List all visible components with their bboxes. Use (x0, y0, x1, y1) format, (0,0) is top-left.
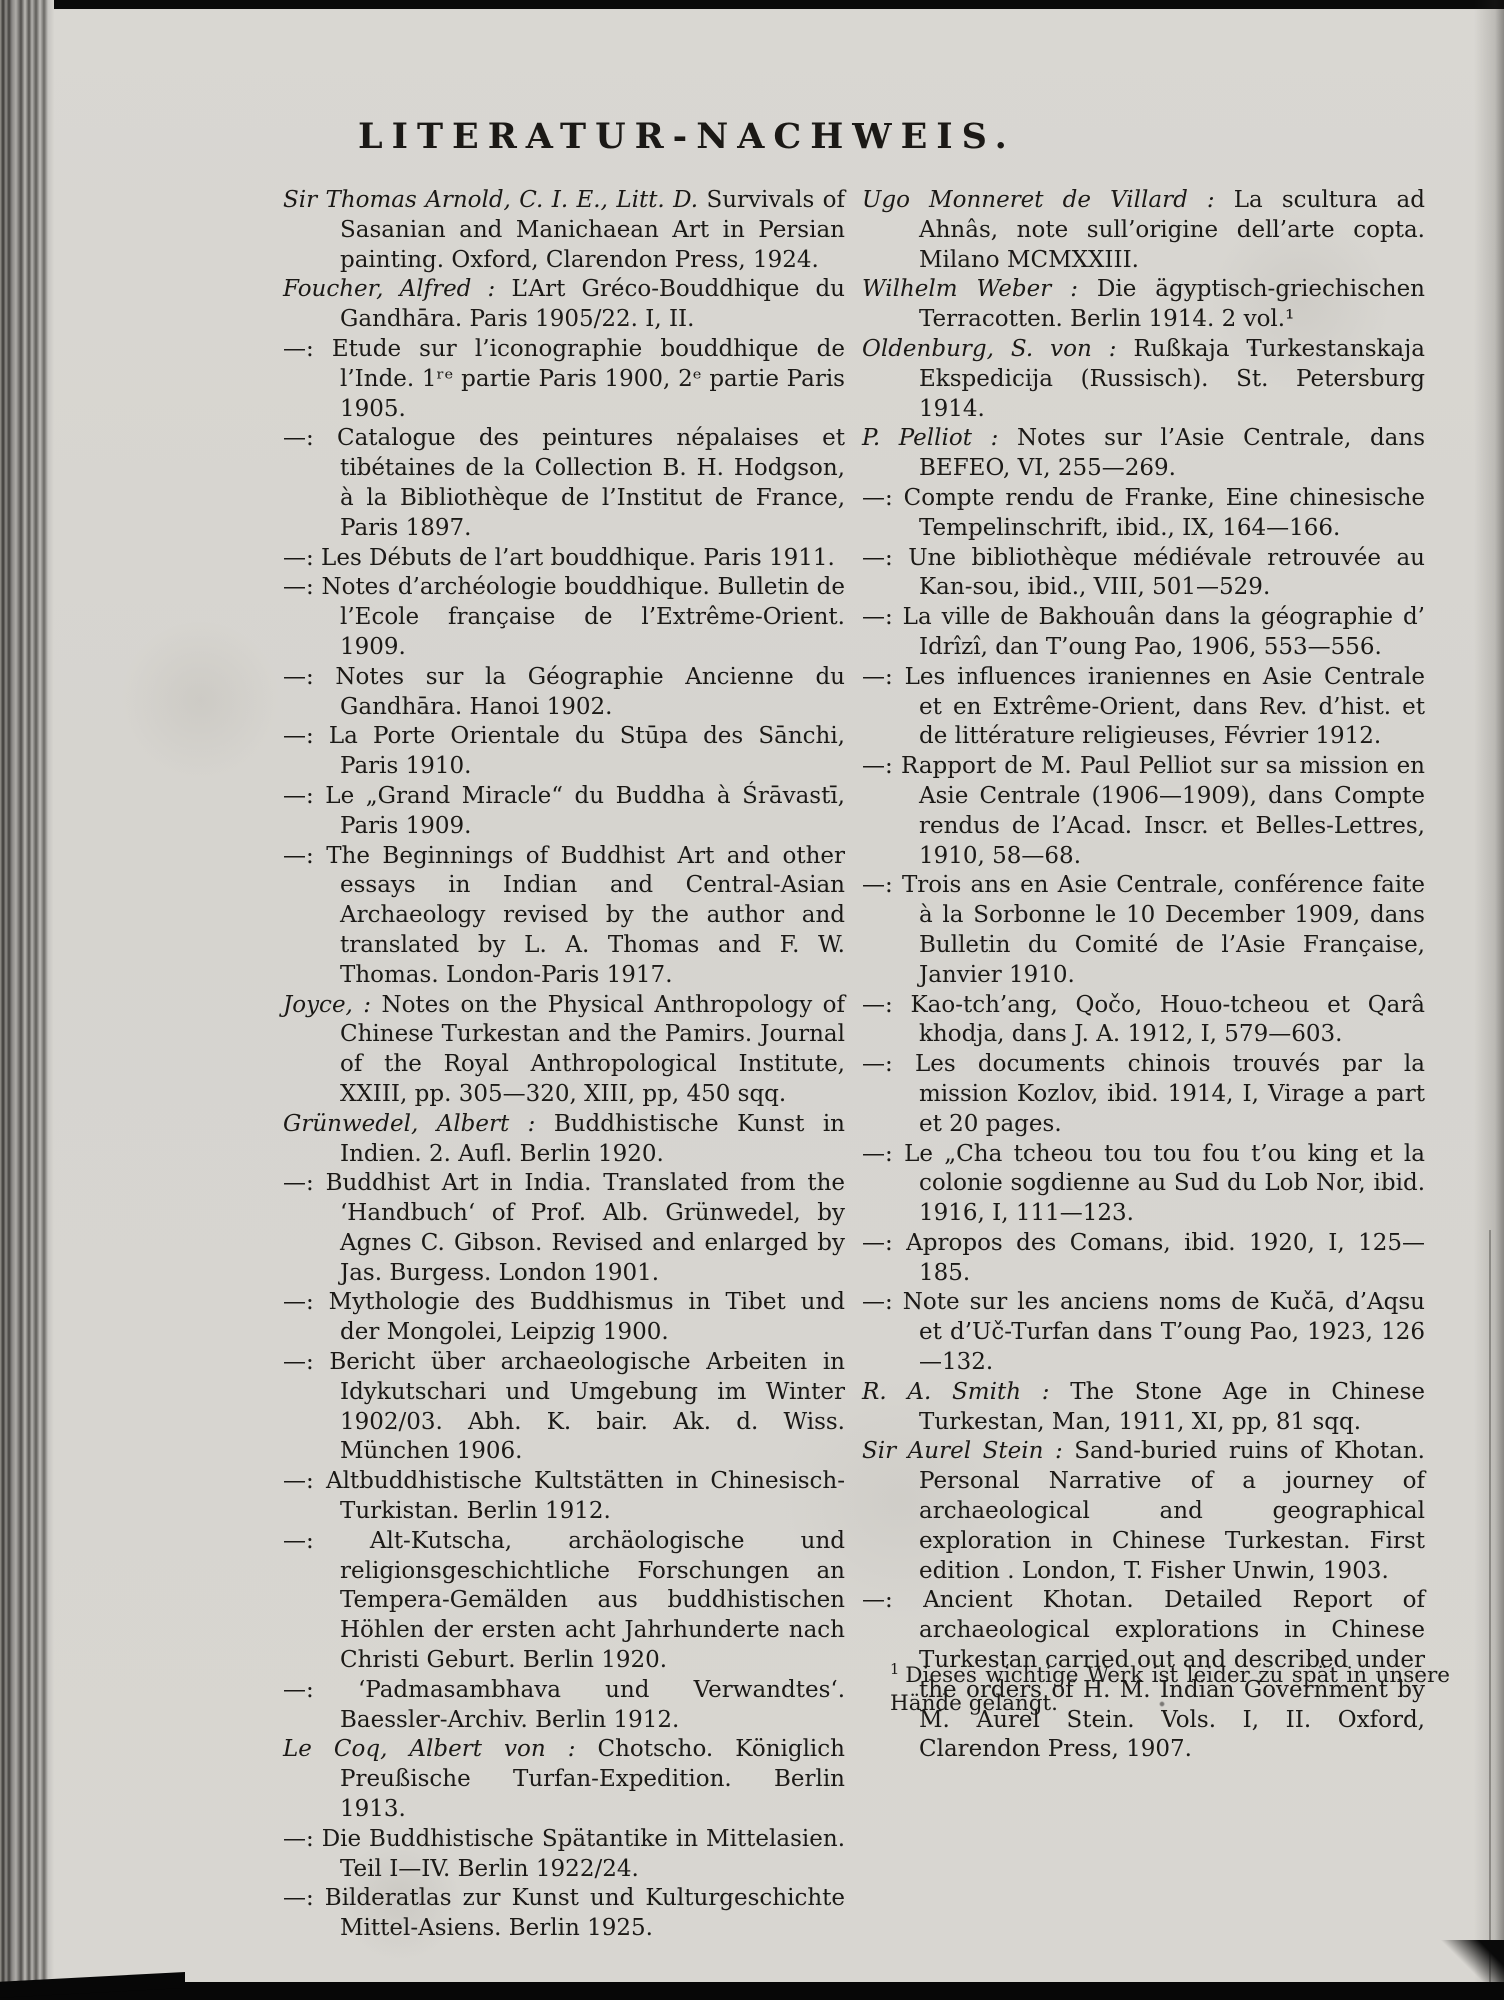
entry-author: —: (283, 1885, 314, 1911)
entry-author: —: (862, 1051, 893, 1077)
bibliography-entry: —: Les Débuts de l’art bouddhique. Paris… (283, 544, 845, 574)
entry-author: —: (862, 992, 893, 1018)
bibliography-entry: —: Bilderatlas zur Kunst und Kulturgesch… (283, 1884, 845, 1944)
entry-text: Kao-tch’ang, Qočo, Houo-tcheou et Qarâ k… (893, 992, 1425, 1048)
bibliography-entry: R. A. Smith : The Stone Age in Chinese T… (862, 1378, 1425, 1438)
book-spine-edge (0, 0, 54, 1984)
bibliography-column-left: Sir Thomas Arnold, C. I. E., Litt. D. Su… (283, 186, 845, 1944)
bibliography-entry: —: Bericht über archaeologische Arbeiten… (283, 1348, 845, 1467)
entry-text: Catalogue des peintures népalaises et ti… (314, 425, 845, 540)
page-edge-bottom (0, 1982, 1504, 2000)
entry-author: —: (283, 1349, 314, 1375)
entry-author: —: (283, 843, 314, 869)
bibliography-entry: —: Le „Grand Miracle“ du Buddha à Śrāvas… (283, 782, 845, 842)
entry-text: Altbuddhistische Kultstätten in Chinesis… (314, 1468, 845, 1524)
bibliography-entry: —: Buddhist Art in India. Translated fro… (283, 1169, 845, 1288)
entry-text: Le „Grand Miracle“ du Buddha à Śrāvastī,… (314, 783, 845, 839)
entry-author: —: (862, 485, 893, 511)
bibliography-entry: Le Coq, Albert von : Chotscho. Königlich… (283, 1735, 845, 1824)
entry-text: Buddhist Art in India. Translated from t… (314, 1170, 845, 1285)
entry-author: Ugo Monneret de Villard : (862, 187, 1215, 213)
entry-text: Trois ans en Asie Centrale, conférence f… (893, 872, 1425, 987)
entry-author: —: (862, 1587, 893, 1613)
entry-author: R. A. Smith : (862, 1379, 1050, 1405)
bibliography-entry: —: Mythologie des Buddhismus in Tibet un… (283, 1288, 845, 1348)
entry-text: Mythologie des Buddhismus in Tibet und d… (314, 1289, 845, 1345)
bibliography-entry: Wilhelm Weber : Die ägyptisch-griechisch… (862, 275, 1425, 335)
footnote-marker: 1 (890, 1661, 905, 1678)
bibliography-entry: Sir Aurel Stein : Sand-buried ruins of K… (862, 1437, 1425, 1586)
book-page: LITERATUR-NACHWEIS. Sir Thomas Arnold, C… (0, 0, 1504, 2000)
bibliography-entry: Foucher, Alfred : L’Art Gréco-Bouddhique… (283, 275, 845, 335)
entry-author: —: (283, 574, 314, 600)
entry-author: —: (862, 872, 893, 898)
entry-text: Rapport de M. Paul Pelliot sur sa missio… (893, 753, 1425, 868)
bibliography-column-right: Ugo Monneret de Villard : La scultura ad… (862, 186, 1425, 1765)
entry-author: —: (283, 1677, 314, 1703)
entry-author: —: (283, 1170, 314, 1196)
bibliography-entry: —: Die Buddhistische Spätantike in Mitte… (283, 1825, 845, 1885)
bibliography-entry: —: Altbuddhistische Kultstätten in Chine… (283, 1467, 845, 1527)
page-edge-right-line (1489, 1230, 1491, 1990)
bibliography-entry: —: Etude sur l’iconographie bouddhique d… (283, 335, 845, 424)
entry-text: Bericht über archaeologische Arbeiten in… (314, 1349, 845, 1464)
entry-author: Joyce, : (283, 992, 371, 1018)
entry-author: —: (283, 336, 314, 362)
entry-text: Les Débuts de l’art bouddhique. Paris 19… (314, 545, 835, 571)
entry-author: P. Pelliot : (862, 425, 998, 451)
entry-text: Compte rendu de Franke, Eine chinesische… (893, 485, 1425, 541)
bibliography-entry: —: Catalogue des peintures népalaises et… (283, 424, 845, 543)
bibliography-entry: Joyce, : Notes on the Physical Anthropol… (283, 991, 845, 1110)
entry-author: —: (862, 753, 893, 779)
bibliography-entry: —: La ville de Bakhouân dans la géograph… (862, 603, 1425, 663)
entry-text: La Porte Orientale du Stūpa des Sānchi, … (314, 723, 845, 779)
entry-text: Alt-Kutscha, archäologische und religion… (314, 1528, 845, 1673)
entry-author: —: (283, 1826, 314, 1852)
bibliography-entry: —: Trois ans en Asie Centrale, conférenc… (862, 871, 1425, 990)
bibliography-entry: Sir Thomas Arnold, C. I. E., Litt. D. Su… (283, 186, 845, 275)
entry-text: Apropos des Comans, ibid. 1920, I, 125—1… (893, 1230, 1425, 1286)
bibliography-entry: Ugo Monneret de Villard : La scultura ad… (862, 186, 1425, 275)
entry-text: La ville de Bakhouân dans la géographie … (893, 604, 1425, 660)
entry-author: —: (283, 723, 314, 749)
bibliography-entry: —: La Porte Orientale du Stūpa des Sānch… (283, 722, 845, 782)
entry-text: Bilderatlas zur Kunst und Kulturgeschich… (314, 1885, 845, 1941)
entry-author: Grünwedel, Albert : (283, 1111, 535, 1137)
entry-author: Sir Thomas Arnold, C. I. E., Litt. D. (283, 187, 698, 213)
bibliography-entry: —: Les documents chinois trouvés par la … (862, 1050, 1425, 1139)
entry-text: Le „Cha tcheou tou tou fou t’ou king et … (893, 1141, 1425, 1227)
entry-author: —: (283, 783, 314, 809)
bibliography-entry: —: Compte rendu de Franke, Eine chinesis… (862, 484, 1425, 544)
entry-author: —: (283, 1468, 314, 1494)
entry-text: The Beginnings of Buddhist Art and other… (314, 843, 845, 988)
entry-author: —: (862, 1230, 893, 1256)
bibliography-entry: —: Les influences iraniennes en Asie Cen… (862, 663, 1425, 752)
entry-author: —: (283, 425, 314, 451)
bibliography-entry: —: The Beginnings of Buddhist Art and ot… (283, 842, 845, 991)
entry-author: —: (283, 664, 314, 690)
entry-author: —: (862, 1141, 893, 1167)
entry-author: Sir Aurel Stein : (862, 1438, 1063, 1464)
entry-author: —: (862, 664, 893, 690)
bibliography-entry: Oldenburg, S. von : Rußkaja Turkestanska… (862, 335, 1425, 424)
entry-text: Les influences iraniennes en Asie Centra… (893, 664, 1425, 750)
bibliography-entry: —: ‘Padmasambhava und Verwandtes‘. Baess… (283, 1676, 845, 1736)
footnote-text: Dieses wichtige Werk ist leider zu spät … (890, 1663, 1450, 1716)
bibliography-entry: —: Alt-Kutscha, archäologische und relig… (283, 1527, 845, 1676)
page-edge-top (6, 0, 1504, 9)
entry-text: Die Buddhistische Spätantike in Mittelas… (314, 1826, 845, 1882)
entry-author: —: (862, 545, 893, 571)
entry-author: Foucher, Alfred : (283, 276, 495, 302)
entry-author: —: (862, 604, 893, 630)
entry-text: Une bibliothèque médiévale retrouvée au … (893, 545, 1425, 601)
bibliography-entry: P. Pelliot : Notes sur l’Asie Centrale, … (862, 424, 1425, 484)
page-title: LITERATUR-NACHWEIS. (358, 116, 1016, 157)
footnote: 1Dieses wichtige Werk ist leider zu spät… (890, 1656, 1450, 1717)
bibliography-entry: —: Une bibliothèque médiévale retrouvée … (862, 544, 1425, 604)
entry-text: Notes d’archéologie bouddhique. Bulletin… (314, 574, 845, 660)
entry-author: Wilhelm Weber : (862, 276, 1078, 302)
entry-author: —: (283, 1289, 314, 1315)
bibliography-entry: Grünwedel, Albert : Buddhistische Kunst … (283, 1110, 845, 1170)
bibliography-entry: —: Apropos des Comans, ibid. 1920, I, 12… (862, 1229, 1425, 1289)
bibliography-entry: —: Notes sur la Géographie Ancienne du G… (283, 663, 845, 723)
entry-author: Le Coq, Albert von : (283, 1736, 575, 1762)
entry-author: —: (283, 545, 314, 571)
bibliography-entry: —: Kao-tch’ang, Qočo, Houo-tcheou et Qar… (862, 991, 1425, 1051)
entry-text: Notes sur la Géographie Ancienne du Gand… (314, 664, 845, 720)
bibliography-entry: —: Note sur les anciens noms de Kučā, d’… (862, 1288, 1425, 1377)
entry-text: Note sur les anciens noms de Kučā, d’Aqs… (893, 1289, 1425, 1375)
entry-author: —: (862, 1289, 893, 1315)
bibliography-entry: —: Le „Cha tcheou tou tou fou t’ou king … (862, 1140, 1425, 1229)
entry-text: Etude sur l’iconographie bouddhique de l… (314, 336, 845, 422)
bibliography-entry: —: Notes d’archéologie bouddhique. Bulle… (283, 573, 845, 662)
entry-author: Oldenburg, S. von : (862, 336, 1117, 362)
entry-author: —: (283, 1528, 314, 1554)
entry-text: ‘Padmasambhava und Verwandtes‘. Baessler… (314, 1677, 845, 1733)
entry-text: Les documents chinois trouvés par la mis… (893, 1051, 1425, 1137)
entry-text: Notes on the Physical Anthropology of Ch… (340, 992, 845, 1107)
bibliography-entry: —: Rapport de M. Paul Pelliot sur sa mis… (862, 752, 1425, 871)
